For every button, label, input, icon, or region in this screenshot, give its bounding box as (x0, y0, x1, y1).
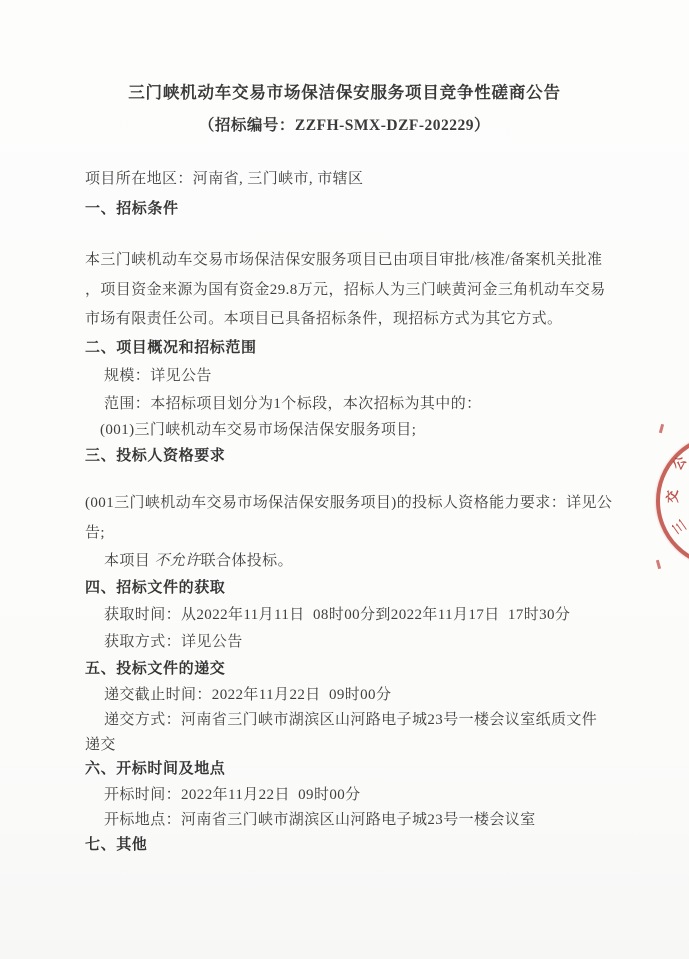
section-4-heading: 四、招标文件的获取 (85, 579, 225, 598)
doc-tender-number: （招标编号：ZZFH-SMX-DZF-202229） (0, 116, 689, 135)
section-5-heading: 五、投标文件的递交 (85, 660, 225, 679)
section-1-heading: 一、招标条件 (85, 200, 179, 219)
section-4-obtain-time: 获取时间：从2022年11月11日 08时00分到2022年11月17日 17时… (104, 606, 570, 625)
section-6-open-place: 开标地点：河南省三门峡市湖滨区山河路电子城23号一楼会议室 (104, 811, 536, 830)
project-location: 项目所在地区：河南省, 三门峡市, 市辖区 (85, 170, 363, 189)
note-prefix: 本项目 (104, 553, 154, 569)
section-6-open-time: 开标时间：2022年11月22日 09时00分 (104, 786, 361, 805)
section-3-paragraph-line-1: (001三门峡机动车交易市场保洁保安服务项目)的投标人资格能力要求：详见公 (85, 494, 612, 513)
section-2-scale: 规模：详见公告 (104, 367, 212, 386)
section-5-deadline: 递交截止时间：2022年11月22日 09时00分 (104, 686, 391, 705)
seal-edge-dash-bottom (656, 560, 661, 569)
scanned-document-page: 三门峡机动车交易市场保洁保安服务项目竞争性磋商公告 （招标编号：ZZFH-SMX… (0, 0, 689, 959)
note-suffix: 联合体投标。 (201, 553, 293, 569)
section-3-heading: 三、投标人资格要求 (85, 447, 225, 466)
section-2-scope: 范围：本招标项目划分为1个标段，本次招标为其中的： (104, 395, 482, 414)
section-1-paragraph-line-1: 本三门峡机动车交易市场保洁保安服务项目已由项目审批/核准/备案机关批准 (85, 251, 602, 270)
section-6-heading: 六、开标时间及地点 (85, 760, 225, 779)
section-7-heading: 七、其他 (85, 836, 147, 855)
section-3-note: 本项目 不允许联合体投标。 (104, 552, 293, 571)
section-3-paragraph-line-2: 告; (85, 524, 105, 543)
section-2-heading: 二、项目概况和招标范围 (85, 339, 257, 358)
section-2-lot: (001)三门峡机动车交易市场保洁保安服务项目; (100, 421, 416, 440)
section-1-paragraph-line-2: ，项目资金来源为国有资金29.8万元，招标人为三门峡黄河金三角机动车交易 (85, 281, 606, 300)
doc-title: 三门峡机动车交易市场保洁保安服务项目竞争性磋商公告 (0, 83, 689, 104)
section-5-method-line-1: 递交方式：河南省三门峡市湖滨区山河路电子城23号一楼会议室纸质文件 (104, 711, 597, 730)
section-1-paragraph-line-3: 市场有限责任公司。本项目已具备招标条件，现招标方式为其它方式。 (85, 310, 562, 329)
seal-char-middle: 交 (662, 490, 681, 503)
section-5-method-line-2: 递交 (85, 736, 116, 755)
seal-edge-dash-top (659, 424, 664, 433)
note-emphasis: 不允许 (154, 553, 200, 569)
section-4-obtain-method: 获取方式：详见公告 (104, 633, 243, 652)
